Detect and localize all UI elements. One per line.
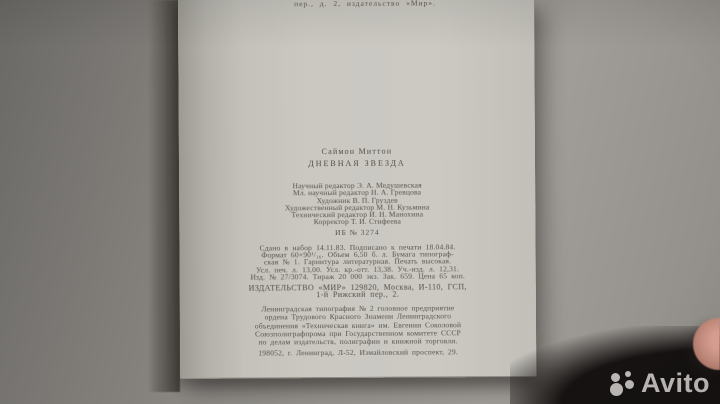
imprint-block: Сдано в набор 14.11.83. Подписано к печа… bbox=[179, 243, 535, 281]
book-title: ДНЕВНАЯ ЗВЕЗДА bbox=[179, 158, 535, 169]
book-author: Саймон Миттон bbox=[179, 146, 535, 157]
avito-watermark: Avito bbox=[610, 370, 710, 397]
page-top-fragment: пер., д. 2, издательство «Мир». bbox=[187, 0, 543, 9]
avito-dots-icon bbox=[610, 371, 636, 397]
printer-line: по делам издательств, полиграфии и книжн… bbox=[180, 337, 536, 347]
book-spine-shadow bbox=[148, 0, 180, 392]
imprint-line: Изд. № 27/3074. Тираж 20 000 экз. Зак. 6… bbox=[180, 272, 536, 281]
publisher-street: 1-й Рижский пер., 2. bbox=[180, 290, 536, 300]
credits-block: Научный редактор Э. А. Медушевская Мл. н… bbox=[179, 181, 535, 227]
publisher-block: ИЗДАТЕЛЬСТВО «МИР» 129820, Москва, И-110… bbox=[180, 283, 536, 300]
book-colophon-page: пер., д. 2, издательство «Мир». Саймон М… bbox=[178, 0, 536, 379]
printer-address-line: 198052, г. Ленинград, Л-52, Измайловский… bbox=[180, 348, 536, 358]
ib-number: ИБ № 3274 bbox=[179, 227, 535, 238]
avito-logo-text: Avito bbox=[641, 370, 710, 397]
page-text-layer: пер., д. 2, издательство «Мир». Саймон М… bbox=[178, 0, 536, 378]
photo-of-book-page: пер., д. 2, издательство «Мир». Саймон М… bbox=[0, 0, 720, 404]
printing-house-block: Ленинградская типография № 2 головное пр… bbox=[180, 304, 536, 359]
credit-line-proofreader: Корректор Т. И. Стифеева bbox=[179, 217, 535, 226]
